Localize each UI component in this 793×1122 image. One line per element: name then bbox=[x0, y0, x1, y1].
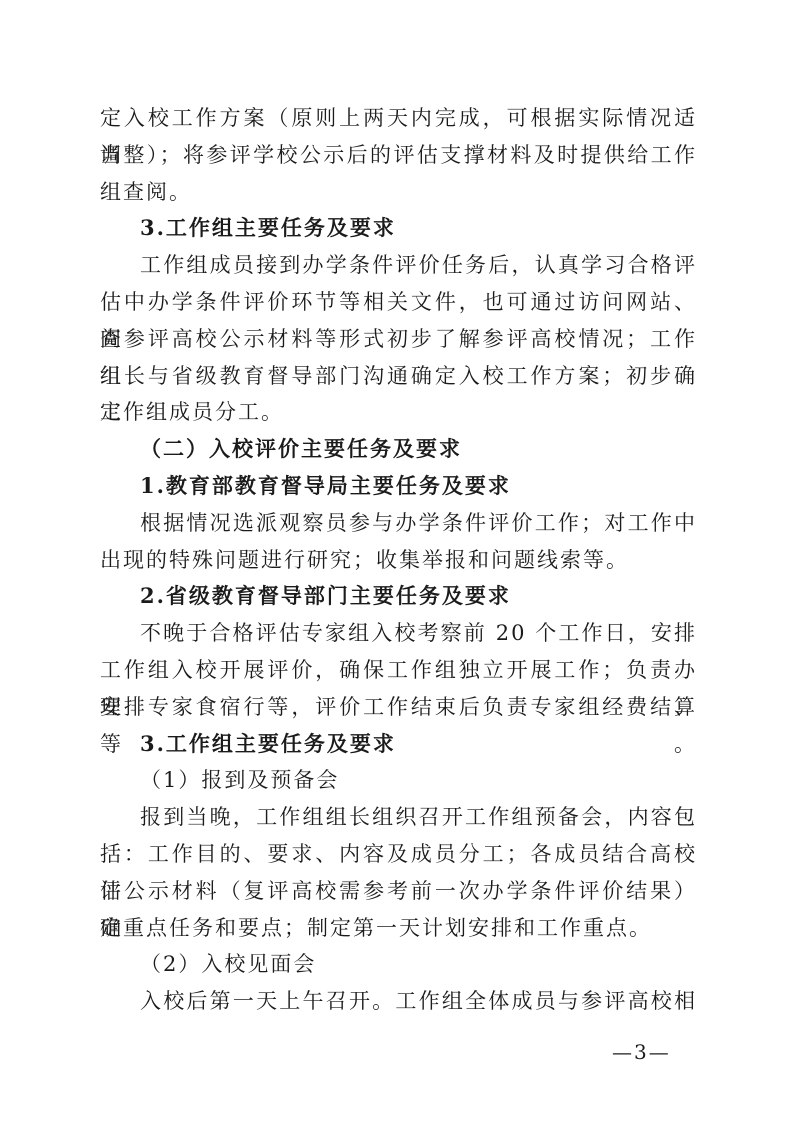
text-line: 根据情况选派观察员参与办学条件评价工作；对工作中 bbox=[100, 505, 697, 542]
text-line: 工作组入校开展评价，确保工作组独立开展工作；负责办理、 bbox=[100, 652, 697, 689]
text-line: 报到当晚，工作组组长组织召开工作组预备会，内容包 bbox=[100, 799, 697, 836]
heading-line: 3.工作组主要任务及要求 bbox=[100, 210, 697, 247]
text-line: 阅参评高校公示材料等形式初步了解参评高校情况；工作组 bbox=[100, 321, 697, 358]
text-line: 括：工作目的、要求、内容及成员分工；各成员结合高校评 bbox=[100, 836, 697, 873]
text-line: 估中办学条件评价环节等相关文件，也可通过访问网站、查 bbox=[100, 284, 697, 321]
text-line: （2）入校见面会 bbox=[100, 946, 697, 983]
text-line: 定重点任务和要点；制定第一天计划安排和工作重点。 bbox=[100, 910, 697, 947]
text-line: 定入校工作方案（原则上两天内完成，可根据实际情况适当 bbox=[100, 100, 697, 137]
page-number: —3— bbox=[612, 1038, 671, 1066]
heading-line: 1.教育部教育督导局主要任务及要求 bbox=[100, 468, 697, 505]
document-lines: 定入校工作方案（原则上两天内完成，可根据实际情况适当调整）；将参评学校公示后的评… bbox=[100, 100, 697, 1020]
heading-line: 2.省级教育督导部门主要任务及要求 bbox=[100, 578, 697, 615]
document-page: 定入校工作方案（原则上两天内完成，可根据实际情况适当调整）；将参评学校公示后的评… bbox=[0, 0, 793, 1122]
text-line: 出现的特殊问题进行研究；收集举报和问题线索等。 bbox=[100, 542, 697, 579]
text-line: 安排专家食宿行等，评价工作结束后负责专家组经费结算等。 bbox=[100, 689, 697, 726]
text-line: （1）报到及预备会 bbox=[100, 762, 697, 799]
text-line: 工作组成员分工。 bbox=[100, 394, 697, 431]
text-line: 调整）；将参评学校公示后的评估支撑材料及时提供给工作 bbox=[100, 137, 697, 174]
text-line: 组长与省级教育督导部门沟通确定入校工作方案；初步确定 bbox=[100, 358, 697, 395]
text-line: 不晚于合格评估专家组入校考察前 20 个工作日，安排 bbox=[100, 615, 697, 652]
text-line: 组查阅。 bbox=[100, 174, 697, 211]
text-line: 估公示材料（复评高校需参考前一次办学条件评价结果）确 bbox=[100, 873, 697, 910]
text-line: 工作组成员接到办学条件评价任务后，认真学习合格评 bbox=[100, 247, 697, 284]
heading-line: （二）入校评价主要任务及要求 bbox=[100, 431, 697, 468]
text-line: 入校后第一天上午召开。工作组全体成员与参评高校相 bbox=[100, 983, 697, 1020]
